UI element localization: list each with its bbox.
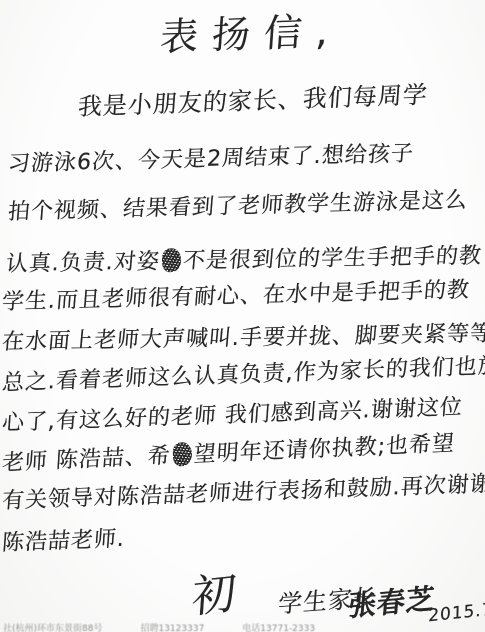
letter-line-3: 拍个视频、结果看到了老师教学生游泳是这么	[7, 189, 469, 225]
letter-photo: 表扬信, 我是小朋友的家长、我们每周学 习游泳6次、今天是2周结束了.想给孩子 …	[0, 0, 485, 632]
printed-footer: 社(杭州)环市东景街88号 招聘13123337 电话13771-2333	[0, 621, 485, 632]
letter-line-10: 有关领导对陈浩喆老师进行表扬和鼓励.再次谢谢	[1, 473, 485, 514]
letter-line-2: 习游泳6次、今天是2周结束了.想给孩子	[7, 142, 415, 177]
letter-line-7: 总之.看着老师这么认真负责,作为家长的我们也放	[1, 355, 485, 397]
footer-print-phone: 电话13771-2333	[242, 621, 315, 632]
signer-name: 张春芝	[347, 584, 436, 623]
letter-line-11: 陈浩喆老师.	[1, 528, 126, 557]
letter-line-5: 学生.而且老师很有耐心、在水中是手把手的教	[1, 279, 471, 315]
letter-title: 表扬信,	[159, 11, 344, 59]
letter-line-9: 老师 陈浩喆、希望明年还请你执教;也希望	[1, 430, 456, 476]
letter-line-4: 认真.负责.对姿不是很到位的学生手把手的教	[5, 243, 483, 278]
scribbled-out-character	[162, 247, 182, 273]
letter-line-8: 心了,有这么好的老师 我们感到高兴.谢谢这位	[1, 396, 463, 436]
letter-line-9-post: 望明年还请你执教;也希望	[193, 431, 456, 467]
signature-flourish: 初	[190, 569, 238, 623]
footer-print-middle: 招聘13123337	[140, 621, 204, 632]
letter-line-9-pre: 老师 陈浩喆、希	[1, 444, 171, 476]
letter-line-4-post: 不是很到位的学生手把手的教	[182, 244, 483, 274]
letter-line-1: 我是小朋友的家长、我们每周学	[77, 82, 429, 121]
letter-line-6: 在水面上老师大声喊叫.手要并拢、脚要夹紧等等	[1, 322, 485, 355]
footer-print-address: 社(杭州)环市东景街88号	[3, 621, 102, 632]
letter-line-4-pre: 认真.负责.对姿	[5, 249, 161, 277]
scribbled-out-character	[172, 441, 192, 468]
